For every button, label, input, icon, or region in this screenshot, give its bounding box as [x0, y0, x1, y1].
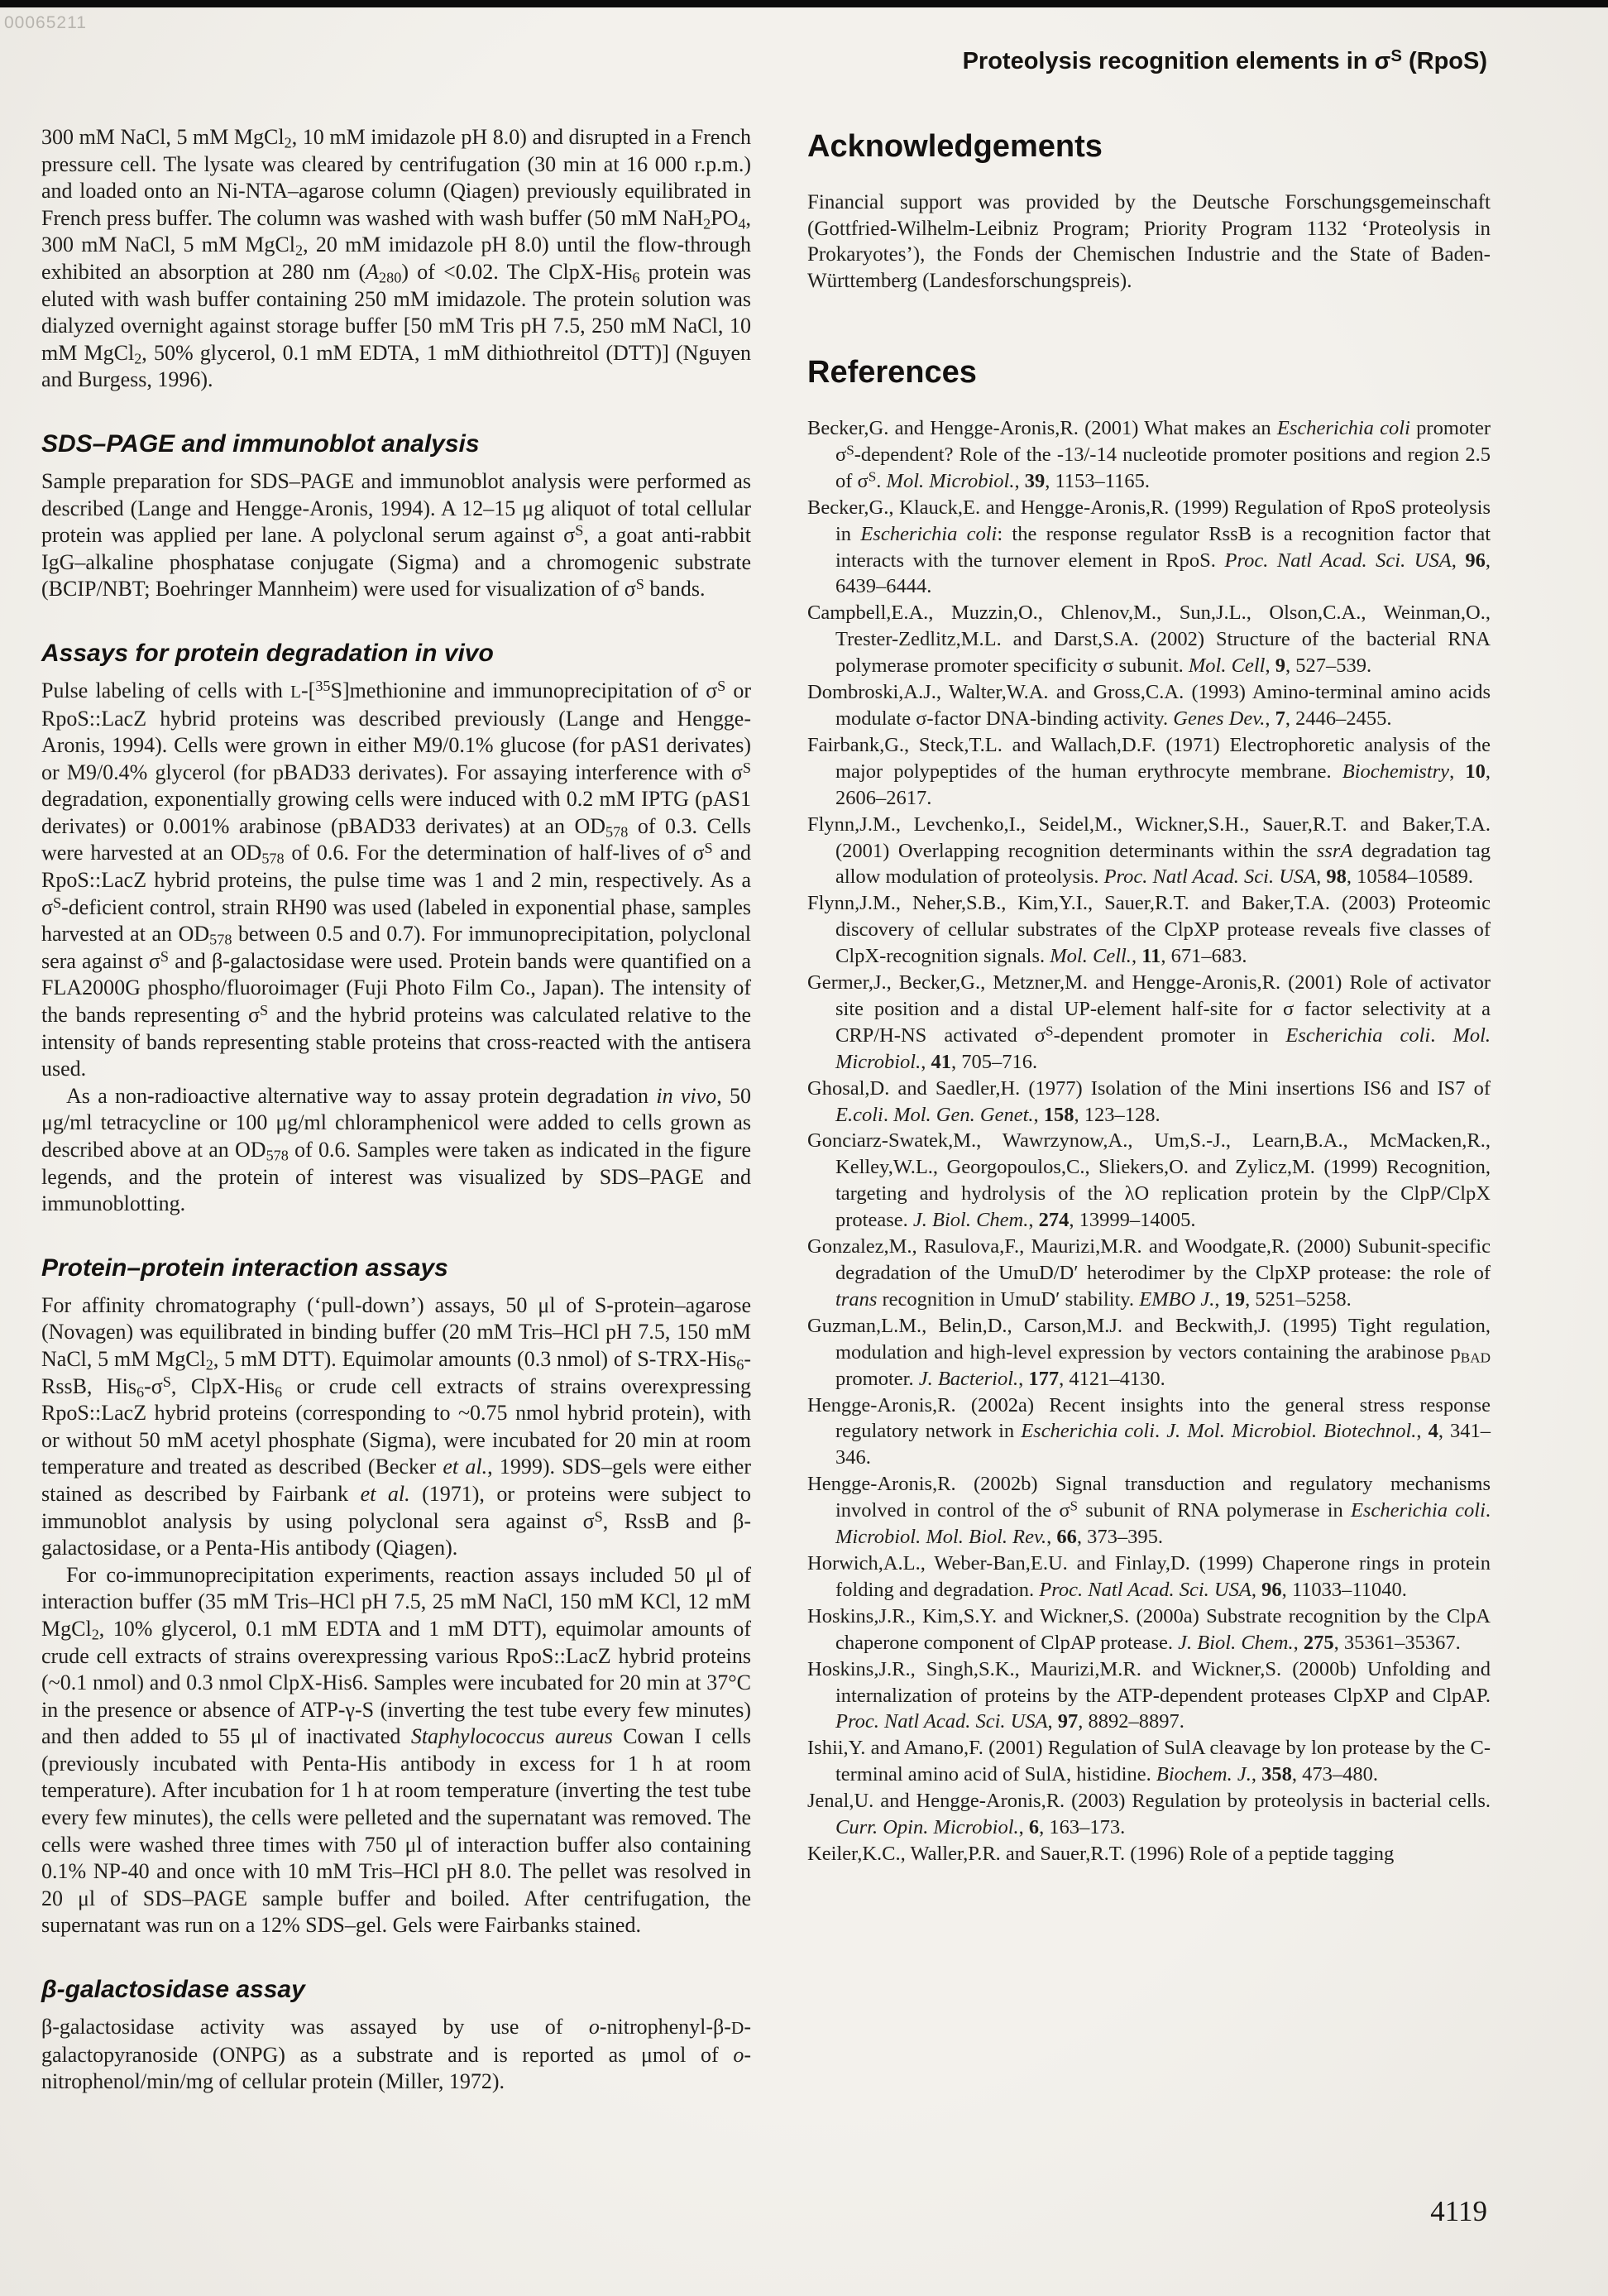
- journal-page: 00065211 Proteolysis recognition element…: [0, 0, 1608, 2296]
- section-heading-bgal-assay: β-galactosidase assay: [41, 1976, 751, 2004]
- reference-item: Jenal,U. and Hengge-Aronis,R. (2003) Reg…: [807, 1788, 1491, 1841]
- running-head: Proteolysis recognition elements in σS (…: [963, 48, 1487, 75]
- section-heading-degradation-assays: Assays for protein degradation in vivo: [41, 640, 751, 668]
- references-heading: References: [807, 355, 1491, 391]
- intro-paragraph: 300 mM NaCl, 5 mM MgCl2, 10 mM imidazole…: [41, 124, 751, 394]
- degradation-paragraph-2: As a non-radioactive alternative way to …: [41, 1083, 751, 1218]
- degradation-paragraph-1: Pulse labeling of cells with L-[35S]meth…: [41, 678, 751, 1083]
- reference-item: Fairbank,G., Steck,T.L. and Wallach,D.F.…: [807, 732, 1491, 812]
- reference-item: Ghosal,D. and Saedler,H. (1977) Isolatio…: [807, 1076, 1491, 1129]
- reference-item: Hoskins,J.R., Singh,S.K., Maurizi,M.R. a…: [807, 1656, 1491, 1736]
- reference-item: Horwich,A.L., Weber-Ban,E.U. and Finlay,…: [807, 1551, 1491, 1603]
- bgal-paragraph: β-galactosidase activity was assayed by …: [41, 2014, 751, 2096]
- scan-number: 00065211: [4, 13, 87, 33]
- reference-item: Gonzalez,M., Rasulova,F., Maurizi,M.R. a…: [807, 1234, 1491, 1313]
- scan-edge-bar: [0, 0, 1608, 7]
- left-column: 300 mM NaCl, 5 mM MgCl2, 10 mM imidazole…: [41, 124, 751, 2096]
- interaction-paragraph-2: For co-immunoprecipitation experiments, …: [41, 1562, 751, 1939]
- reference-item: Dombroski,A.J., Walter,W.A. and Gross,C.…: [807, 679, 1491, 732]
- reference-item: Becker,G., Klauck,E. and Hengge-Aronis,R…: [807, 495, 1491, 601]
- acknowledgements-paragraph: Financial support was provided by the De…: [807, 189, 1491, 294]
- acknowledgements-heading: Acknowledgements: [807, 129, 1491, 165]
- reference-item: Hoskins,J.R., Kim,S.Y. and Wickner,S. (2…: [807, 1603, 1491, 1656]
- section-heading-interaction-assays: Protein–protein interaction assays: [41, 1254, 751, 1282]
- sds-page-paragraph: Sample preparation for SDS–PAGE and immu…: [41, 468, 751, 603]
- reference-item: Campbell,E.A., Muzzin,O., Chlenov,M., Su…: [807, 600, 1491, 679]
- reference-item: Flynn,J.M., Neher,S.B., Kim,Y.I., Sauer,…: [807, 890, 1491, 970]
- reference-item: Guzman,L.M., Belin,D., Carson,M.J. and B…: [807, 1313, 1491, 1392]
- interaction-paragraph-1: For affinity chromatography (‘pull-down’…: [41, 1292, 751, 1562]
- references-list: Becker,G. and Hengge-Aronis,R. (2001) Wh…: [807, 415, 1491, 1867]
- reference-item: Flynn,J.M., Levchenko,I., Seidel,M., Wic…: [807, 812, 1491, 891]
- reference-item: Hengge-Aronis,R. (2002b) Signal transduc…: [807, 1471, 1491, 1551]
- reference-item: Gonciarz-Swatek,M., Wawrzynow,A., Um,S.-…: [807, 1128, 1491, 1234]
- reference-item: Ishii,Y. and Amano,F. (2001) Regulation …: [807, 1735, 1491, 1788]
- page-number: 4119: [1430, 2195, 1487, 2228]
- acknowledgements-block: Acknowledgements Financial support was p…: [807, 129, 1491, 294]
- reference-item: Germer,J., Becker,G., Metzner,M. and Hen…: [807, 970, 1491, 1076]
- reference-item: Hengge-Aronis,R. (2002a) Recent insights…: [807, 1392, 1491, 1472]
- reference-item: Keiler,K.C., Waller,P.R. and Sauer,R.T. …: [807, 1841, 1491, 1867]
- section-heading-sds-page: SDS–PAGE and immunoblot analysis: [41, 430, 751, 458]
- right-column: Acknowledgements Financial support was p…: [807, 129, 1491, 1867]
- reference-item: Becker,G. and Hengge-Aronis,R. (2001) Wh…: [807, 415, 1491, 495]
